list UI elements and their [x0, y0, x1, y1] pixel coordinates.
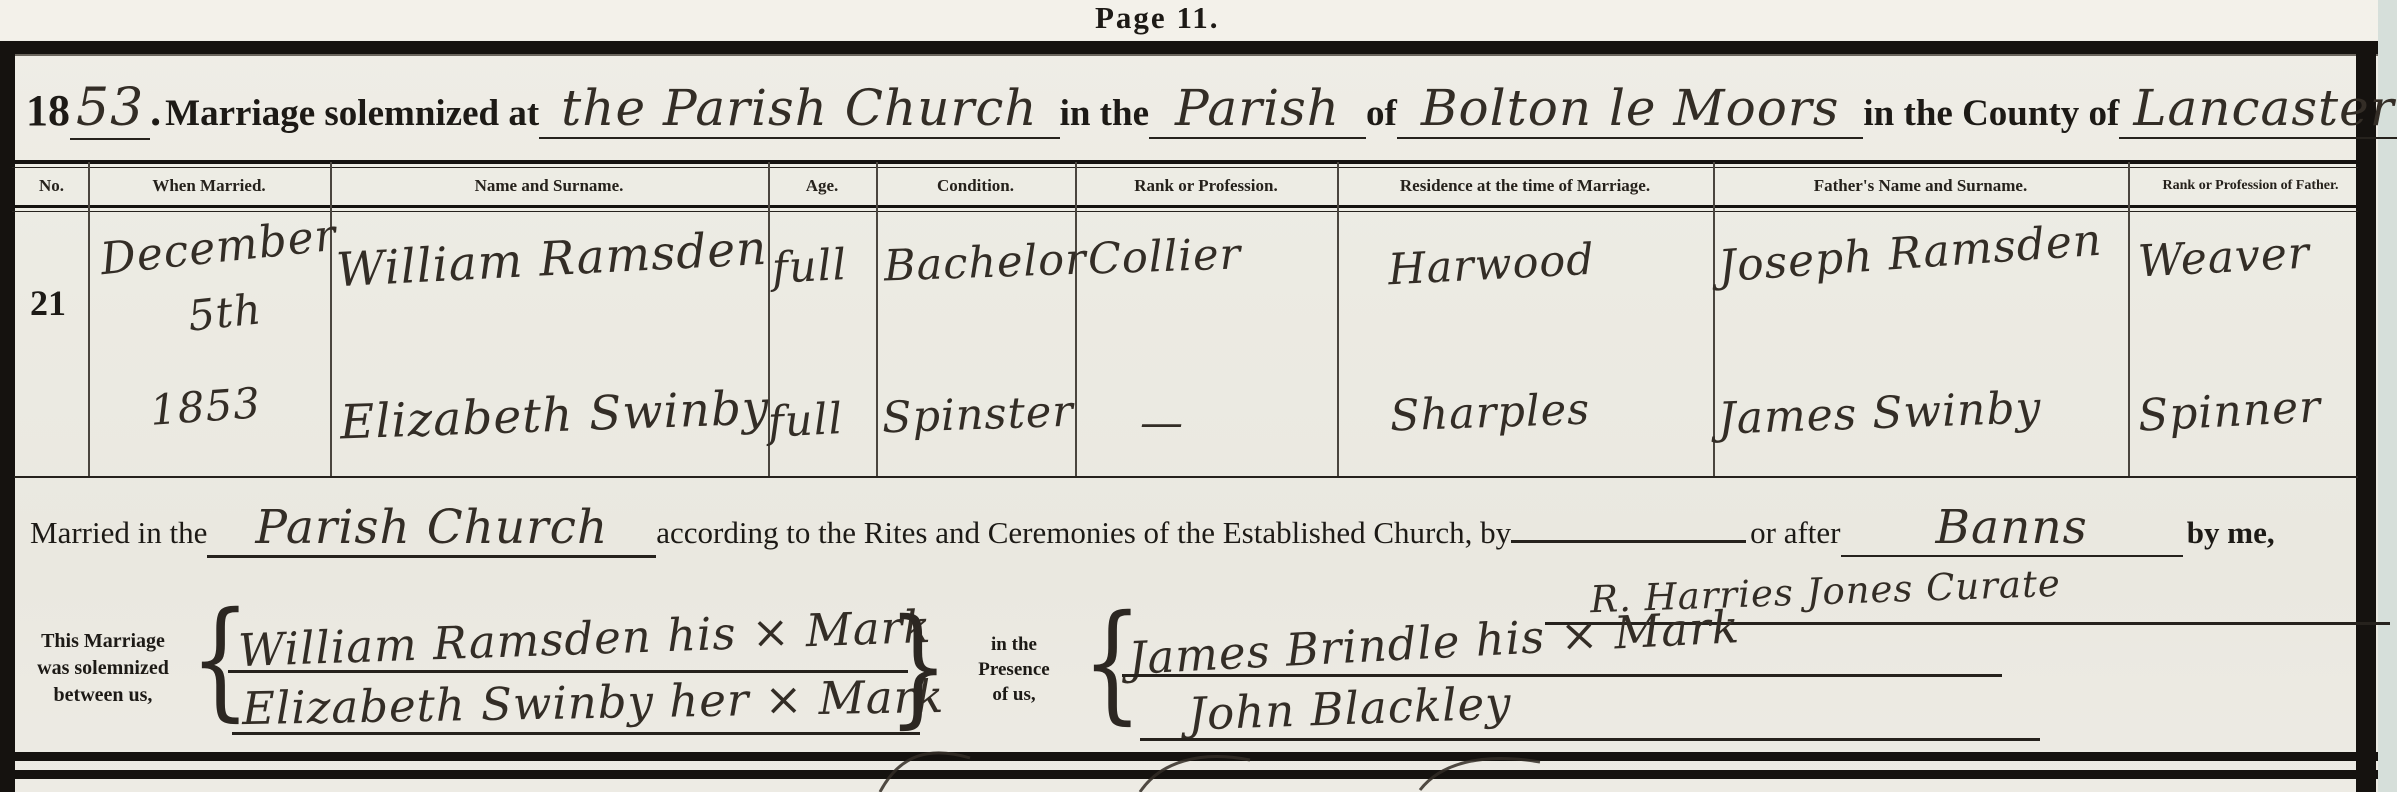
table-header-bottom-rule-thin: [12, 211, 2358, 212]
bride-residence: Sharples: [1389, 385, 1591, 442]
in-the-label: in the: [1060, 93, 1149, 134]
witness1-signature-line: [1122, 674, 2002, 677]
entry-when-married-day: 5th: [186, 284, 264, 340]
witness2-signature: John Blackley: [1187, 676, 1512, 740]
column-divider-5: [1075, 162, 1077, 478]
column-header-condition: Condition.: [876, 168, 1075, 204]
witness2-signature-line: [1140, 738, 2040, 741]
presence-label-line2: Presence: [948, 657, 1080, 682]
year-prefix: 18: [26, 86, 70, 135]
year-script: 53: [70, 78, 150, 140]
groom-rank: Collier: [1087, 229, 1242, 284]
column-header-no: No.: [15, 168, 88, 204]
column-header-father-rank: Rank or Profession of Father.: [2128, 168, 2373, 204]
groom-father-rank: Weaver: [2137, 228, 2311, 288]
column-divider-1: [88, 162, 90, 478]
column-header-residence: Residence at the time of Marriage.: [1337, 168, 1713, 204]
header-period: .: [150, 86, 161, 135]
in-county-of-label: in the County of: [1863, 93, 2119, 134]
header-church-script: the Parish Church: [539, 79, 1059, 139]
table-header-bottom-rule: [12, 205, 2358, 208]
according-label: according to the Rites and Ceremonies of…: [656, 515, 1511, 550]
entry-when-married-year: 1853: [148, 378, 262, 435]
bride-signature-line: [232, 732, 920, 735]
bride-condition: Spinster: [881, 387, 1074, 444]
next-entry-ink-peek: [820, 744, 1720, 792]
table-header-top-rule: [12, 160, 2358, 164]
by-me-label: by me,: [2187, 515, 2275, 550]
register-header: 1853. Marriage solemnized atthe Parish C…: [26, 78, 2356, 138]
presence-label-line1: in the: [948, 632, 1080, 657]
married-in-the-label: Married in the: [30, 515, 207, 550]
page-label: Page 11.: [1095, 0, 1220, 36]
of-label: of: [1366, 93, 1397, 134]
frame-right-border: [2356, 41, 2376, 792]
column-header-age: Age.: [768, 168, 876, 204]
presence-label: in the Presence of us,: [948, 632, 1080, 707]
solemnized-label: This Marriage was solemnized between us,: [12, 628, 194, 709]
bride-age: full: [767, 394, 845, 448]
groom-condition: Bachelor: [883, 234, 1087, 291]
column-header-when-married: When Married.: [88, 168, 330, 204]
column-divider-6: [1337, 162, 1339, 478]
column-header-fathers-name: Father's Name and Surname.: [1713, 168, 2128, 204]
presence-label-line3: of us,: [948, 682, 1080, 707]
solemnized-label-line2: was solemnized: [12, 655, 194, 682]
ceremony-line: Married in theParish Churchaccording to …: [30, 500, 2360, 555]
banns-script: Banns: [1841, 500, 2183, 557]
ceremony-church-script: Parish Church: [207, 500, 656, 558]
officiant-blank-line: [1511, 540, 1746, 543]
frame-top-border: [0, 41, 2378, 54]
bride-rank: —: [1140, 398, 1184, 448]
column-divider-8: [2128, 162, 2130, 478]
column-header-name-surname: Name and Surname.: [330, 168, 768, 204]
entry-no: 21: [30, 282, 66, 324]
column-divider-7: [1713, 162, 1715, 478]
column-divider-4: [876, 162, 878, 478]
or-after-label: or after: [1750, 515, 1840, 550]
entry-row-bottom-rule: [14, 476, 2358, 478]
parish-name-script: Bolton le Moors: [1397, 79, 1864, 139]
solemnized-at-label: Marriage solemnized at: [165, 93, 539, 134]
parish-word-script: Parish: [1149, 79, 1366, 139]
groom-age: full: [771, 240, 849, 294]
couple-close-brace: }: [888, 593, 948, 742]
solemnized-label-line1: This Marriage: [12, 628, 194, 655]
column-header-rank-profession: Rank or Profession.: [1075, 168, 1337, 204]
solemnized-label-line3: between us,: [12, 682, 194, 709]
county-script: Lancaster: [2119, 79, 2397, 139]
bride-father-rank: Spinner: [2137, 381, 2323, 442]
